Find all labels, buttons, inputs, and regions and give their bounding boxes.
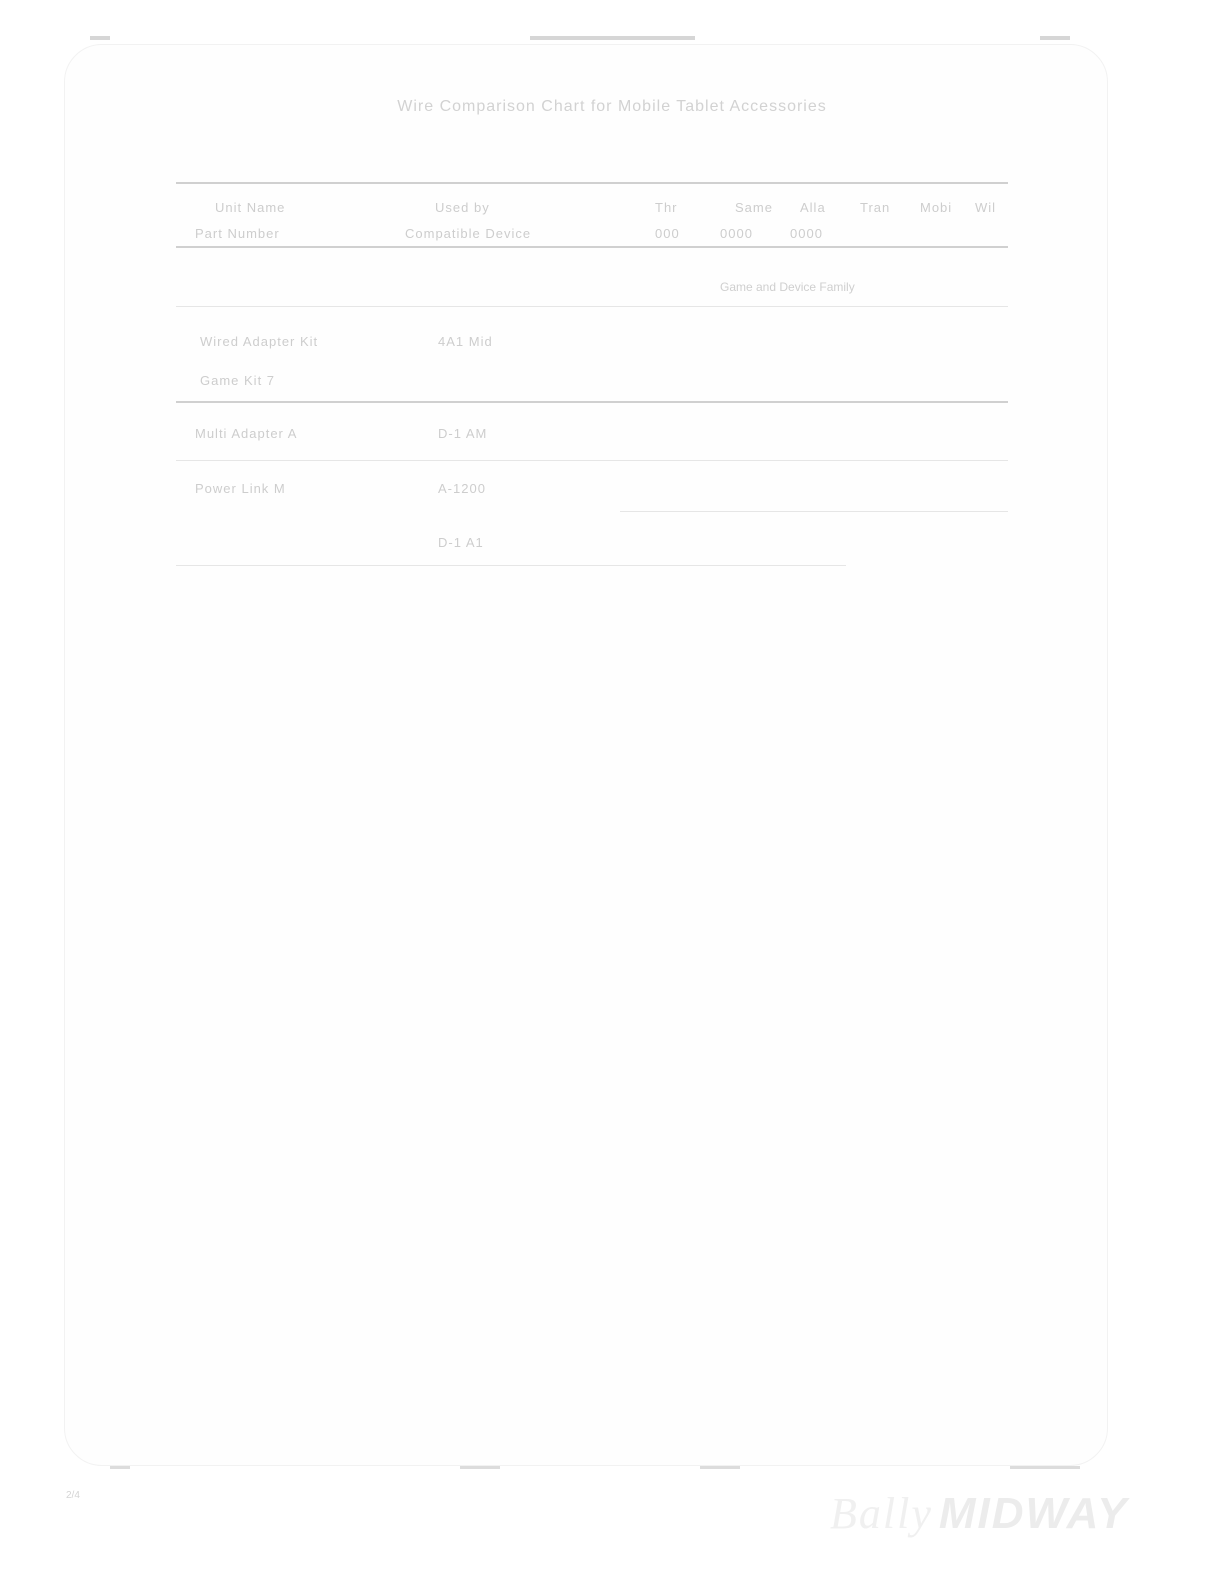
logo-text: MIDWAY — [939, 1489, 1129, 1538]
top-scan-bar — [90, 36, 1080, 42]
midway-logo: BallyMIDWAY — [830, 1488, 1128, 1539]
header-bottom-rule — [176, 246, 1008, 248]
header-sub-4: 0000 — [720, 226, 753, 241]
row-name: Game Kit 7 — [200, 373, 275, 388]
section-rule — [176, 306, 1008, 307]
row-name: Multi Adapter A — [195, 426, 297, 441]
bally-mark-icon: Bally — [830, 1489, 933, 1538]
header-col-6: Tran — [860, 200, 890, 215]
table-bottom-rule — [176, 565, 846, 566]
row-code: D-1 AM — [438, 426, 487, 441]
header-sub-5: 0000 — [790, 226, 823, 241]
document-title: Wire Comparison Chart for Mobile Tablet … — [0, 98, 1224, 116]
section-label: Game and Device Family — [720, 280, 855, 294]
header-sub-3: 000 — [655, 226, 680, 241]
header-unit-name: Unit Name — [215, 200, 285, 215]
page-frame — [64, 44, 1108, 1466]
row-code: A-1200 — [438, 481, 486, 496]
row-code: D-1 A1 — [438, 535, 484, 550]
header-col-7: Mobi — [920, 200, 952, 215]
header-part-number: Part Number — [195, 226, 280, 241]
row-rule — [620, 511, 1008, 512]
table-top-rule — [176, 182, 1008, 184]
row-rule — [176, 401, 1008, 403]
row-rule — [176, 460, 1008, 461]
header-used-by: Used by — [435, 200, 490, 215]
bottom-scan-bar — [110, 1466, 1080, 1470]
header-col-8: Wil — [975, 200, 996, 215]
header-compatible-device: Compatible Device — [405, 226, 531, 241]
row-name: Wired Adapter Kit — [200, 334, 318, 349]
header-col-4: Same — [735, 200, 773, 215]
header-col-5: Alla — [800, 200, 826, 215]
row-code: 4A1 Mid — [438, 334, 493, 349]
header-col-3: Thr — [655, 200, 678, 215]
page-number: 2/4 — [66, 1490, 80, 1501]
row-name: Power Link M — [195, 481, 286, 496]
